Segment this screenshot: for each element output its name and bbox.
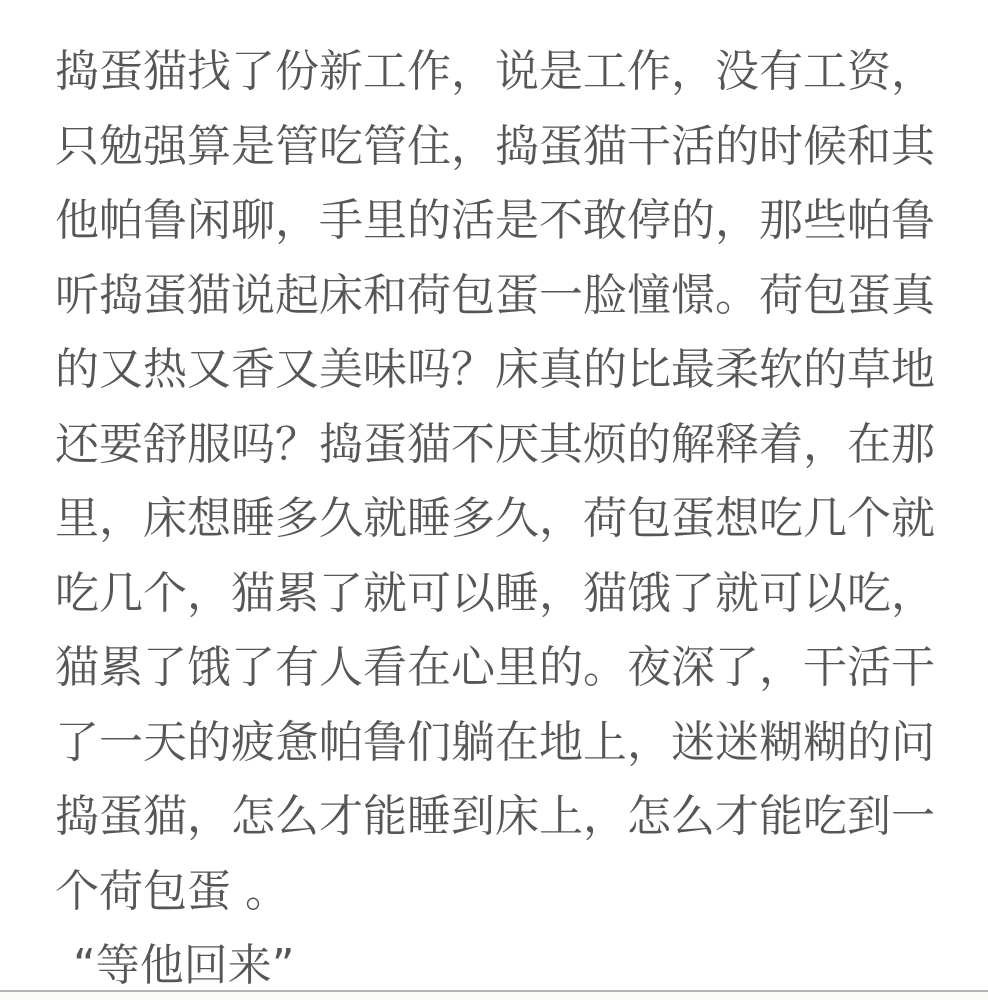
- story-line: 里，床想睡多久就睡多久，荷包蛋想吃几个就: [55, 482, 950, 557]
- story-text-block: 捣蛋猫找了份新工作，说是工作，没有工资， 只勉强算是管吃管住，捣蛋猫干活的时候和…: [55, 35, 950, 1000]
- story-line: 捣蛋猫找了份新工作，说是工作，没有工资，: [55, 35, 950, 110]
- story-line: 猫累了饿了有人看在心里的。夜深了，干活干: [55, 631, 950, 706]
- story-line: 的又热又香又美味吗？床真的比最柔软的草地: [55, 333, 950, 408]
- story-line: 吃几个，猫累了就可以睡，猫饿了就可以吃，: [55, 557, 950, 632]
- story-line: 了一天的疲惫帕鲁们躺在地上，迷迷糊糊的问: [55, 706, 950, 781]
- story-line: 个荷包蛋 。: [55, 855, 950, 930]
- post-screenshot: 捣蛋猫找了份新工作，说是工作，没有工资， 只勉强算是管吃管住，捣蛋猫干活的时候和…: [0, 0, 988, 1000]
- story-line: 只勉强算是管吃管住，捣蛋猫干活的时候和其: [55, 110, 950, 185]
- story-line: 听捣蛋猫说起床和荷包蛋一脸憧憬。荷包蛋真: [55, 259, 950, 334]
- bottom-strip: [0, 992, 988, 1000]
- story-line: 捣蛋猫，怎么才能睡到床上，怎么才能吃到一: [55, 780, 950, 855]
- story-line: 他帕鲁闲聊，手里的活是不敢停的，那些帕鲁: [55, 184, 950, 259]
- story-line: 还要舒服吗？捣蛋猫不厌其烦的解释着，在那: [55, 408, 950, 483]
